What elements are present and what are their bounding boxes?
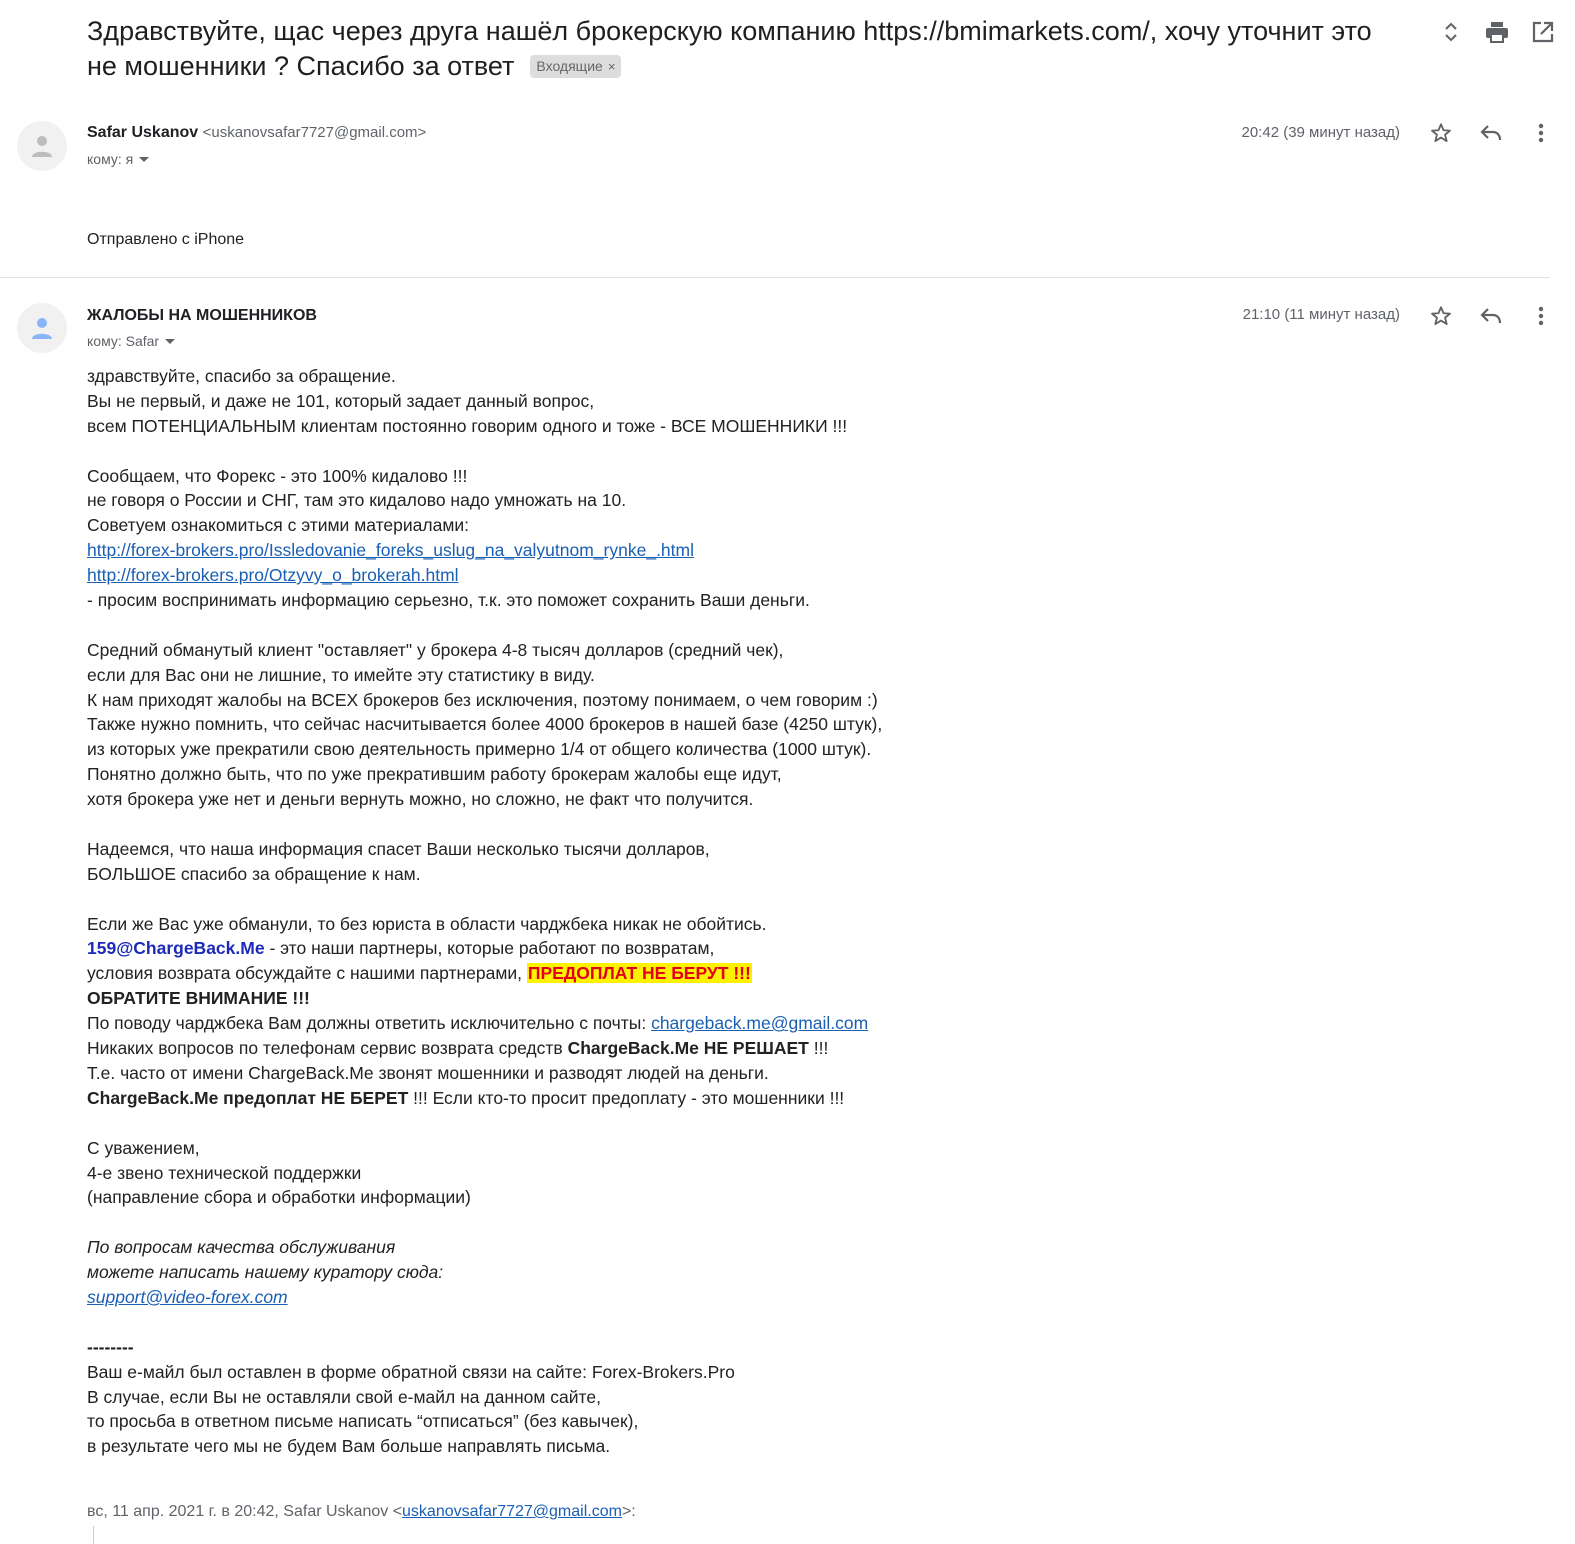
quote-prefix: вс, 11 апр. 2021 г. в 20:42, Safar Uskan… bbox=[87, 1503, 402, 1520]
message-actions bbox=[1403, 304, 1553, 328]
recipient-line[interactable]: кому: я bbox=[87, 150, 149, 168]
remove-label-icon[interactable]: × bbox=[608, 59, 616, 74]
thread-header: Здравствуйте, щас через друга нашёл брок… bbox=[87, 14, 1407, 84]
body-text: - это наши партнеры, которые работают по… bbox=[265, 938, 715, 958]
message-time: 20:42 (39 минут назад) bbox=[1242, 124, 1401, 141]
body-text: условия возврата обсуждайте с нашими пар… bbox=[87, 963, 527, 983]
signature-line: можете написать нашему куратору сюда: bbox=[87, 1260, 882, 1285]
signature-line: По вопросам качества обслуживания bbox=[87, 1235, 882, 1260]
body-line: Т.е. часто от имени ChargeBack.Me звонят… bbox=[87, 1061, 882, 1086]
body-line: не говоря о России и СНГ, там это кидало… bbox=[87, 488, 882, 513]
highlighted-warning: ПРЕДОПЛАТ НЕ БЕРУТ !!! bbox=[527, 963, 752, 983]
body-line: Также нужно помнить, что сейчас насчитыв… bbox=[87, 712, 882, 737]
expand-collapse-icon[interactable] bbox=[1439, 20, 1463, 44]
message-body: Отправлено с iPhone bbox=[87, 231, 244, 249]
recipient-line[interactable]: кому: Safar bbox=[87, 332, 175, 350]
body-text: По поводу чарджбека Вам должны ответить … bbox=[87, 1013, 651, 1033]
body-line: из которых уже прекратили свою деятельно… bbox=[87, 737, 882, 762]
quote-bar bbox=[93, 1526, 94, 1544]
signature-line: С уважением, bbox=[87, 1136, 882, 1161]
body-text: !!! Если кто-то просит предоплату - это … bbox=[408, 1088, 844, 1108]
sender-line: ЖАЛОБЫ НА МОШЕННИКОВ bbox=[87, 306, 317, 326]
footer-line: в результате чего мы не будем Вам больше… bbox=[87, 1434, 882, 1459]
body-line: хотя брокера уже нет и деньги вернуть мо… bbox=[87, 787, 882, 812]
reply-icon[interactable] bbox=[1479, 121, 1503, 145]
broker-reviews-link[interactable]: http://forex-brokers.pro/Otzyvy_o_broker… bbox=[87, 565, 459, 585]
signature-line: (направление сбора и обработки информаци… bbox=[87, 1185, 882, 1210]
avatar[interactable] bbox=[17, 121, 67, 171]
avatar[interactable] bbox=[17, 303, 67, 353]
body-text: !!! bbox=[809, 1038, 828, 1058]
message-actions bbox=[1403, 121, 1553, 145]
sender-name[interactable]: ЖАЛОБЫ НА МОШЕННИКОВ bbox=[87, 307, 317, 324]
body-line: Понятно должно быть, что по уже прекрати… bbox=[87, 762, 882, 787]
quoted-header: вс, 11 апр. 2021 г. в 20:42, Safar Uskan… bbox=[87, 1503, 636, 1521]
sender-line: Safar Uskanov <uskanovsafar7727@gmail.co… bbox=[87, 123, 426, 143]
thread-subject: Здравствуйте, щас через друга нашёл брок… bbox=[87, 16, 1372, 81]
bold-text: ChargeBack.Me НЕ РЕШАЕТ bbox=[568, 1038, 809, 1058]
body-line: Надеемся, что наша информация спасет Ваш… bbox=[87, 837, 882, 862]
body-line: Сообщаем, что Форекс - это 100% кидалово… bbox=[87, 464, 882, 489]
signature-line: 4-е звено технической поддержки bbox=[87, 1161, 882, 1186]
more-options-icon[interactable] bbox=[1529, 121, 1553, 145]
support-email-link[interactable]: support@video-forex.com bbox=[87, 1287, 288, 1307]
recipient-text: кому: я bbox=[87, 151, 133, 167]
footer-line: В случае, если Вы не оставляли свой е-ма… bbox=[87, 1385, 882, 1410]
sender-name[interactable]: Safar Uskanov bbox=[87, 124, 198, 141]
footer-line: Ваш е-майл был оставлен в форме обратной… bbox=[87, 1360, 882, 1385]
show-details-icon[interactable] bbox=[139, 157, 149, 162]
body-line: Если же Вас уже обманули, то без юриста … bbox=[87, 912, 882, 937]
footer-line: то просьба в ответном письме написать “о… bbox=[87, 1409, 882, 1434]
more-options-icon[interactable] bbox=[1529, 304, 1553, 328]
star-icon[interactable] bbox=[1429, 121, 1453, 145]
body-line: - просим воспринимать информацию серьезн… bbox=[87, 588, 882, 613]
chargeback-partner-link[interactable]: 159@ChargeBack.Me bbox=[87, 938, 265, 958]
body-text: Никаких вопросов по телефонам сервис воз… bbox=[87, 1038, 568, 1058]
star-icon[interactable] bbox=[1429, 304, 1453, 328]
print-icon[interactable] bbox=[1485, 20, 1509, 44]
quoted-sender-email-link[interactable]: uskanovsafar7727@gmail.com bbox=[402, 1503, 622, 1520]
attention-heading: ОБРАТИТЕ ВНИМАНИЕ !!! bbox=[87, 986, 882, 1011]
message-body: здравствуйте, спасибо за обращение. Вы н… bbox=[87, 364, 882, 1459]
recipient-text: кому: Safar bbox=[87, 333, 159, 349]
body-line: если для Вас они не лишние, то имейте эт… bbox=[87, 663, 882, 688]
thread-toolbar bbox=[1439, 20, 1555, 44]
person-icon bbox=[30, 133, 54, 159]
label-chip-inbox[interactable]: Входящие× bbox=[530, 55, 621, 78]
person-icon bbox=[30, 315, 54, 341]
message-divider bbox=[0, 277, 1550, 278]
quote-suffix: >: bbox=[622, 1503, 636, 1520]
separator-text: -------- bbox=[87, 1335, 882, 1360]
body-line: Средний обманутый клиент "оставляет" у б… bbox=[87, 638, 882, 663]
message-time: 21:10 (11 минут назад) bbox=[1243, 306, 1400, 323]
body-line: К нам приходят жалобы на ВСЕХ брокеров б… bbox=[87, 688, 882, 713]
body-line: Советуем ознакомиться с этими материалам… bbox=[87, 513, 882, 538]
forex-research-link[interactable]: http://forex-brokers.pro/Issledovanie_fo… bbox=[87, 540, 694, 560]
bold-text: ChargeBack.Me предоплат НЕ БЕРЕТ bbox=[87, 1088, 408, 1108]
show-details-icon[interactable] bbox=[165, 339, 175, 344]
body-line: Вы не первый, и даже не 101, который зад… bbox=[87, 389, 882, 414]
chargeback-email-link[interactable]: chargeback.me@gmail.com bbox=[651, 1013, 868, 1033]
body-line: всем ПОТЕНЦИАЛЬНЫМ клиентам постоянно го… bbox=[87, 414, 882, 439]
open-in-new-window-icon[interactable] bbox=[1531, 20, 1555, 44]
label-chip-text: Входящие bbox=[536, 58, 602, 74]
body-line: БОЛЬШОЕ спасибо за обращение к нам. bbox=[87, 862, 882, 887]
reply-icon[interactable] bbox=[1479, 304, 1503, 328]
body-line: здравствуйте, спасибо за обращение. bbox=[87, 364, 882, 389]
sender-email: <uskanovsafar7727@gmail.com> bbox=[203, 124, 427, 141]
